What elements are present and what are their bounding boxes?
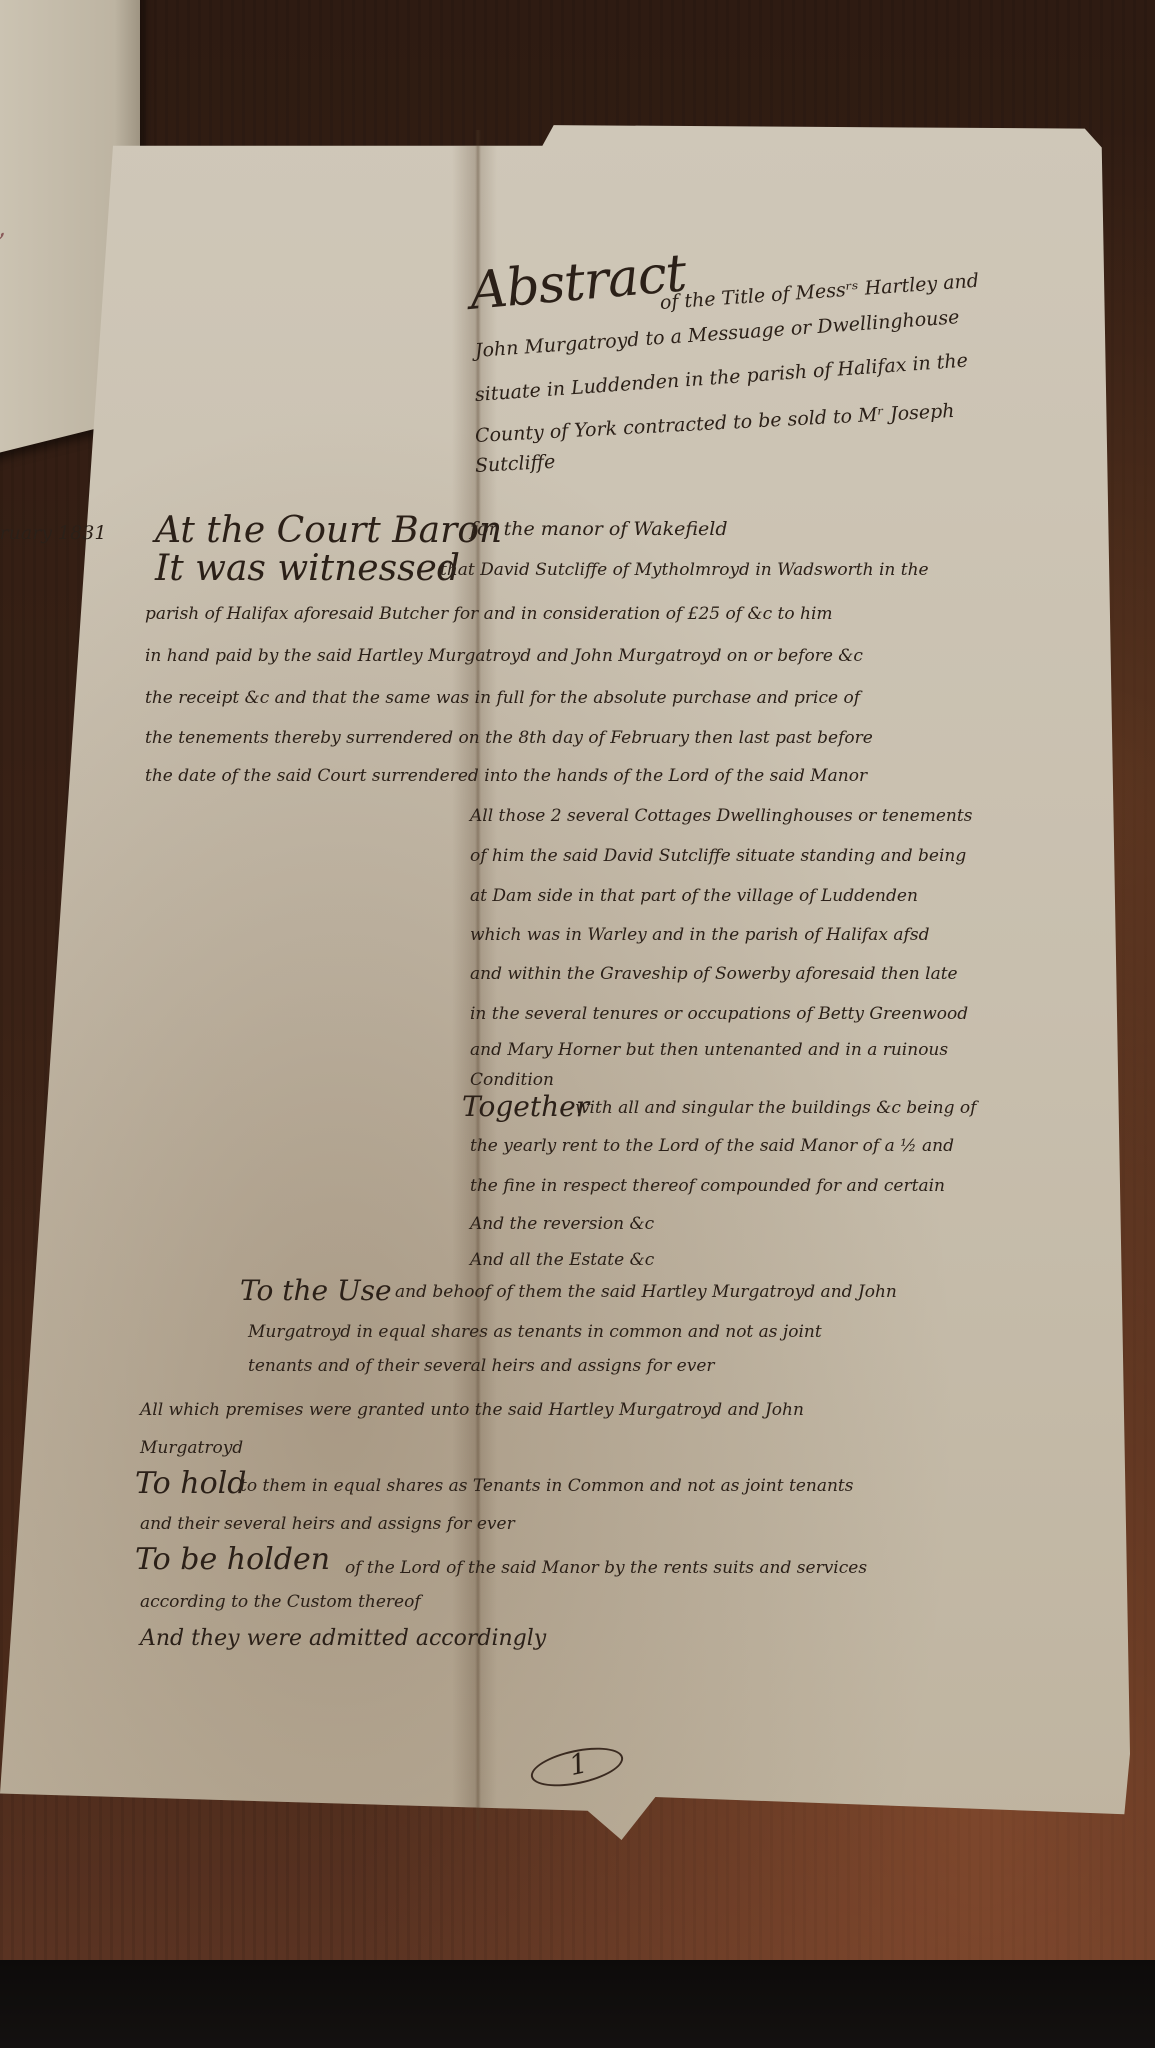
parcels-line: and Mary Horner but then untenanted and … [470, 1040, 948, 1060]
parcels-line: All those 2 several Cottages Dwellinghou… [470, 806, 972, 826]
use-line: tenants and of their several heirs and a… [248, 1356, 715, 1376]
court-heading: At the Court Baron [155, 510, 502, 551]
together-line: And all the Estate &c [470, 1250, 654, 1270]
holden-line: of the Lord of the said Manor by the ren… [345, 1558, 867, 1578]
parcels-line: which was in Warley and in the parish of… [470, 925, 929, 945]
witnessed-line: in hand paid by the said Hartley Murgatr… [145, 646, 863, 666]
hold-heading: To hold [135, 1466, 246, 1501]
parcels-line: in the several tenures or occupations of… [470, 1004, 968, 1024]
use-line: Murgatroyd in equal shares as tenants in… [248, 1322, 822, 1342]
witnessed-line: parish of Halifax aforesaid Butcher for … [145, 604, 833, 624]
parcels-line: and within the Graveship of Sowerby afor… [470, 964, 958, 984]
parcels-line: of him the said David Sutcliffe situate … [470, 846, 966, 866]
hold-line: and their several heirs and assigns for … [140, 1514, 515, 1534]
together-line: with all and singular the buildings &c b… [575, 1098, 976, 1118]
together-line: the yearly rent to the Lord of the said … [470, 1136, 954, 1156]
margin-date: February 1831 [0, 522, 106, 544]
together-heading: Together [462, 1090, 589, 1123]
parcels-line: Condition [470, 1070, 554, 1090]
witnessed-line: that David Sutcliffe of Mytholmroyd in W… [440, 560, 929, 580]
granted-line: Murgatroyd [140, 1438, 243, 1458]
court-heading-rest: for the manor of Wakefield [470, 518, 728, 540]
holden-line: according to the Custom thereof [140, 1592, 421, 1612]
closing-line: And they were admitted accordingly [140, 1626, 546, 1651]
together-line: And the reversion &c [470, 1214, 654, 1234]
witnessed-line: the receipt &c and that the same was in … [145, 688, 860, 708]
granted-line: All which premises were granted unto the… [140, 1400, 804, 1420]
title-line: Sutcliffe [474, 451, 555, 477]
together-line: the fine in respect thereof compounded f… [470, 1176, 945, 1196]
holden-heading: To be holden [135, 1542, 330, 1577]
parcels-line: at Dam side in that part of the village … [470, 886, 918, 906]
hold-line: to them in equal shares as Tenants in Co… [240, 1476, 853, 1496]
witnessed-heading: It was witnessed [155, 548, 460, 589]
page-number: 1 [566, 1746, 590, 1782]
use-line: and behoof of them the said Hartley Murg… [395, 1282, 897, 1302]
dark-foreground-strip [0, 1960, 1155, 2048]
use-heading: To the Use [240, 1274, 392, 1307]
witnessed-line: the tenements thereby surrendered on the… [145, 728, 873, 748]
witnessed-line: the date of the said Court surrendered i… [145, 766, 867, 786]
